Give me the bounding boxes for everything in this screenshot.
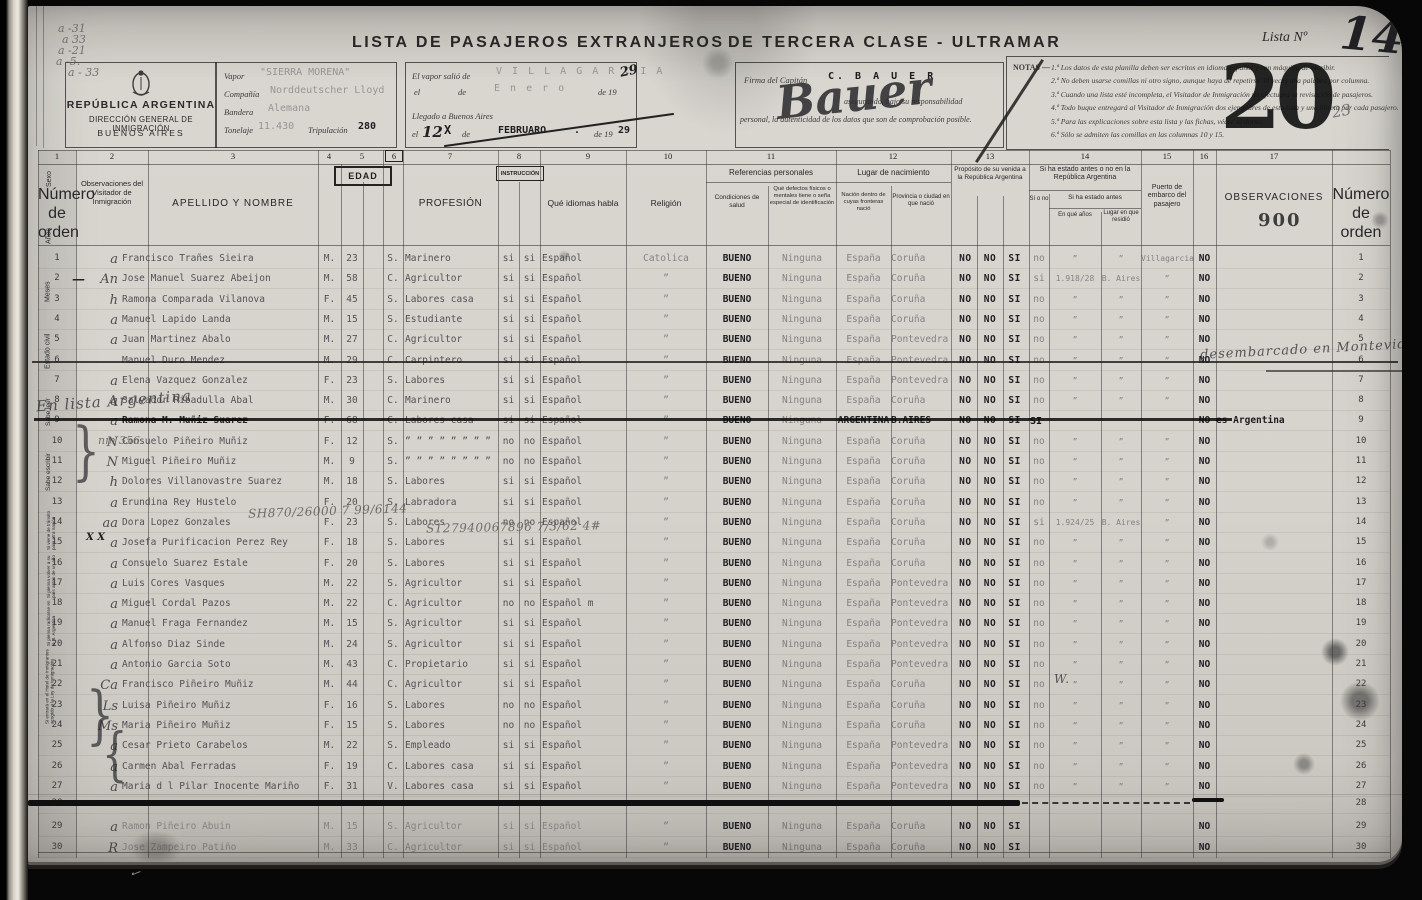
cell-age: 27	[341, 333, 363, 348]
cell-years-before: ”	[1049, 293, 1101, 308]
cell-writes: si	[519, 638, 540, 653]
cell-province: B.AIRES	[891, 414, 951, 429]
cell-health: BUENO	[706, 719, 768, 734]
cell-port: ”	[1141, 394, 1193, 409]
cell-purpose: NO NO SI	[951, 496, 1029, 511]
cell-civil-status: C.	[383, 658, 403, 673]
row-rule	[38, 309, 1390, 310]
cell-defects: Ninguna	[768, 333, 836, 348]
cell-purpose: NO NO SI	[951, 658, 1029, 673]
margin-note: a - 33	[68, 66, 99, 79]
row-rule	[38, 593, 1390, 594]
cell-purpose: NO NO SI	[951, 435, 1029, 450]
cell-religion: ”	[626, 516, 706, 531]
cell-defects: Ninguna	[768, 577, 836, 592]
table-row: 4aManuel Lapido LandaM.15S.Estudiantesis…	[38, 313, 1390, 330]
cell-health: BUENO	[706, 536, 768, 551]
cell-writes: si	[519, 496, 540, 511]
cell-visitador-mark: a	[74, 557, 118, 572]
cell-writes: si	[519, 414, 540, 429]
cell-been-before: no	[1029, 475, 1049, 490]
table-row: 1aFrancisco Trañes SieiraM.23S.Marineros…	[38, 252, 1390, 269]
cell-place-resided: ”	[1101, 313, 1141, 328]
cell-years-before: ”	[1049, 475, 1101, 490]
cell-purpose: NO NO SI	[951, 516, 1029, 531]
cell-age: 23	[341, 374, 363, 389]
cell-writes: si	[519, 820, 540, 835]
cell-purpose: NO NO SI	[951, 293, 1029, 308]
cell-purpose: NO NO SI	[951, 820, 1029, 835]
cell-nation: España	[836, 516, 891, 531]
cell-writes: si	[519, 536, 540, 551]
grid-line-horizontal	[706, 182, 836, 183]
cell-purpose: NO NO SI	[951, 617, 1029, 632]
cell-writes: si	[519, 577, 540, 592]
cell-reads: si	[498, 374, 519, 389]
column-number: 7	[438, 151, 462, 161]
cell-profession: Agricultor	[405, 820, 497, 835]
cell-nation: España	[836, 577, 891, 592]
cell-civil-status: C.	[383, 760, 403, 775]
cell-defects: Ninguna	[768, 414, 836, 429]
cell-nation: España	[836, 557, 891, 572]
cell-years-before: ”	[1049, 699, 1101, 714]
cell-defects: Ninguna	[768, 820, 836, 835]
cell-place-resided: ”	[1101, 577, 1141, 592]
cell-age: 22	[341, 577, 363, 592]
cell-order-number-right: 3	[1332, 293, 1390, 308]
cell-port: ”	[1141, 313, 1193, 328]
cell-civil-status: C.	[383, 333, 403, 348]
table-row: 24MsMaria Piñeiro MuñizF.15S.Laboresnono…	[38, 719, 1390, 736]
cell-purpose: NO NO SI	[951, 699, 1029, 714]
lleg-month: FEBRUARO	[498, 125, 546, 136]
table-row: 8aSalvador Ribadulla AbalM.30C.Marineros…	[38, 394, 1390, 411]
cell-health: BUENO	[706, 597, 768, 612]
cell-province: Coruña	[891, 252, 951, 267]
column-number: 3	[221, 151, 245, 161]
cell-years-before: ”	[1049, 394, 1101, 409]
cell-hotel: NO	[1193, 455, 1216, 470]
cell-hotel: NO	[1193, 638, 1216, 653]
cell-sex: F.	[318, 719, 341, 734]
cell-province: Coruña	[891, 557, 951, 572]
cell-civil-status: S.	[383, 557, 403, 572]
cell-order-number: 30	[38, 841, 76, 856]
cell-language: Español	[542, 496, 624, 511]
cell-reads: si	[498, 557, 519, 572]
cell-age: 45	[341, 293, 363, 308]
cell-sex: M.	[318, 658, 341, 673]
cell-order-number-right: 15	[1332, 536, 1390, 551]
cell-been-before: no	[1029, 658, 1049, 673]
cell-order-number-right: 18	[1332, 597, 1390, 612]
cell-place-resided: ”	[1101, 739, 1141, 754]
cell-profession: Agricultor	[405, 617, 497, 632]
cell-age: 16	[341, 699, 363, 714]
cell-language: Español	[542, 719, 624, 734]
cell-sex: M.	[318, 272, 341, 287]
salio-el: el	[414, 87, 420, 97]
cell-language: Español m	[542, 597, 624, 612]
cell-age: 23	[341, 516, 363, 531]
document-page: LISTA DE PASAJEROS EXTRANJEROS DE TERCER…	[28, 6, 1402, 862]
cell-health: BUENO	[706, 557, 768, 572]
ship-box: Vapor "SIERRA MORENA" Compañía Norddeuts…	[215, 62, 397, 148]
cell-language: Español	[542, 760, 624, 775]
cell-province: Coruña	[891, 293, 951, 308]
cell-years-before: ”	[1049, 374, 1101, 389]
cell-place-resided: ”	[1101, 496, 1141, 511]
cell-writes: no	[519, 435, 540, 450]
cell-place-resided: ”	[1101, 333, 1141, 348]
cell-sex: F.	[318, 780, 341, 795]
page-edge-line	[43, 6, 44, 148]
cell-name: Ramona M. Muñiz Suarez	[122, 414, 316, 429]
cell-profession: Labores	[405, 557, 497, 572]
cell-profession: Estudiante	[405, 313, 497, 328]
cell-sex: F.	[318, 557, 341, 572]
table-row: 10NConsuelo Piñeiro MuñizF.12S.” ” ” ” ”…	[38, 435, 1390, 452]
cell-writes: no	[519, 455, 540, 470]
cell-order-number-right: 11	[1332, 455, 1390, 470]
cell-nation: España	[836, 760, 891, 775]
cell-hotel: NO	[1193, 557, 1216, 572]
cell-order-number: 26	[38, 760, 76, 775]
cell-sex: F.	[318, 374, 341, 389]
row-rule	[38, 776, 1390, 777]
cell-hotel: NO	[1193, 414, 1216, 429]
compania-label: Compañía	[224, 89, 259, 99]
cell-order-number: 19	[38, 617, 76, 632]
cell-health: BUENO	[706, 313, 768, 328]
cell-profession: Agricultor	[405, 577, 497, 592]
cell-name: Carmen Abal Ferradas	[122, 760, 316, 775]
row-rule	[38, 654, 1390, 655]
cell-order-number-right: 7	[1332, 374, 1390, 389]
cell-age: 15	[341, 820, 363, 835]
cell-civil-status: C.	[383, 394, 403, 409]
cell-religion: ”	[626, 760, 706, 775]
cell-province: Coruña	[891, 678, 951, 693]
cell-province: Coruña	[891, 455, 951, 470]
cell-place-resided: ”	[1101, 252, 1141, 267]
cell-health: BUENO	[706, 435, 768, 450]
cell-civil-status: S.	[383, 719, 403, 734]
cell-religion: ”	[626, 658, 706, 673]
row-rule	[38, 491, 1390, 492]
cell-order-number-right: 25	[1332, 739, 1390, 754]
cell-language: Español	[542, 557, 624, 572]
cell-order-number-right: 2	[1332, 272, 1390, 287]
cell-order-number: 29	[38, 820, 76, 835]
cell-port: ”	[1141, 617, 1193, 632]
cell-religion: ”	[626, 496, 706, 511]
cell-religion: ”	[626, 739, 706, 754]
cell-order-number: 20	[38, 638, 76, 653]
cell-writes: si	[519, 333, 540, 348]
cell-purpose: NO NO SI	[951, 678, 1029, 693]
cell-place-resided: ”	[1101, 374, 1141, 389]
cell-been-before: no	[1029, 536, 1049, 551]
cell-port: ”	[1141, 536, 1193, 551]
cell-order-number: 12	[38, 475, 76, 490]
brace-rows-10-11: }	[72, 415, 100, 489]
cell-visitador-mark: a	[74, 820, 118, 835]
cell-province: Coruña	[891, 475, 951, 490]
cell-profession: Labores casa	[405, 780, 497, 795]
cell-visitador-mark: a	[74, 658, 118, 673]
cell-place-resided: ”	[1101, 455, 1141, 470]
row-rule	[38, 370, 1390, 371]
cell-name: Elena Vazquez Gonzalez	[122, 374, 316, 389]
cell-port: ”	[1141, 272, 1193, 287]
strike-row-28	[28, 800, 1020, 806]
cell-place-resided: ”	[1101, 638, 1141, 653]
cell-port: ”	[1141, 516, 1193, 531]
cell-sex: F.	[318, 293, 341, 308]
cell-province: Pontevedra	[891, 658, 951, 673]
cell-hotel: NO	[1193, 516, 1216, 531]
cell-port: ”	[1141, 577, 1193, 592]
cell-purpose: NO NO SI	[951, 841, 1029, 856]
lleg-dot: .	[574, 125, 580, 136]
cell-province: Pontevedra	[891, 597, 951, 612]
row-rule	[38, 694, 1390, 695]
org-city: BUENOS AIRES	[66, 128, 216, 138]
table-row: 3hRamona Comparada VilanovaF.45S.Labores…	[38, 293, 1390, 310]
cell-port: ”	[1141, 475, 1193, 490]
cell-age: 12	[341, 435, 363, 450]
cell-age: 30	[341, 394, 363, 409]
cell-years-before: ”	[1049, 617, 1101, 632]
cell-nation: España	[836, 475, 891, 490]
cell-order-number: 16	[38, 557, 76, 572]
strike-row-6	[32, 361, 1398, 363]
margin-dash: —	[72, 272, 85, 287]
cell-purpose: NO NO SI	[951, 597, 1029, 612]
book-spine-edge	[0, 0, 28, 900]
row-rule	[38, 674, 1390, 675]
cell-civil-status: S.	[383, 313, 403, 328]
table-row: 2AnJose Manuel Suarez AbeijonM.58C.Agric…	[38, 272, 1390, 289]
cell-profession: Empleado	[405, 739, 497, 754]
column-number: 10	[656, 151, 680, 161]
cell-port: ”	[1141, 455, 1193, 470]
column-number: 15	[1155, 151, 1179, 161]
cell-province: Coruña	[891, 820, 951, 835]
cell-reads: si	[498, 475, 519, 490]
cell-years-before: ”	[1049, 435, 1101, 450]
vapor-value: "SIERRA MORENA"	[260, 67, 350, 78]
cell-profession: Labores	[405, 719, 497, 734]
pencil-check-mark: ✓	[128, 865, 143, 882]
cell-health: BUENO	[706, 577, 768, 592]
cell-health: BUENO	[706, 617, 768, 632]
cell-hotel: NO	[1193, 313, 1216, 328]
scanner-background: { "page": { "title_left": "LISTA DE PASA…	[0, 0, 1422, 900]
cell-order-number: 24	[38, 719, 76, 734]
grid-line-horizontal	[38, 245, 1390, 246]
table-row: 26aCarmen Abal FerradasF.19C.Labores cas…	[38, 760, 1390, 777]
cell-order-number-right: 4	[1332, 313, 1390, 328]
cell-port: ”	[1141, 638, 1193, 653]
cell-purpose: NO NO SI	[951, 414, 1029, 429]
cell-language: Español	[542, 536, 624, 551]
header-provincia: Provincia o ciudad en que nació	[892, 194, 950, 208]
cell-religion: ”	[626, 333, 706, 348]
cell-purpose: NO NO SI	[951, 333, 1029, 348]
cell-name: Jose Manuel Suarez Abeijon	[122, 272, 316, 287]
cell-years-before: ”	[1049, 577, 1101, 592]
cell-name: Miguel Cordal Pazos	[122, 597, 316, 612]
header-idiomas: Qué idiomas habla	[540, 198, 626, 208]
cell-visitador-mark: a	[74, 333, 118, 348]
cell-health: BUENO	[706, 658, 768, 673]
cell-profession: ” ” ” ” ” ” ” ”	[405, 435, 497, 450]
cell-hotel: NO	[1193, 293, 1216, 308]
cell-hotel: NO	[1193, 496, 1216, 511]
cell-name: Cesar Prieto Carabelos	[122, 739, 316, 754]
header-estuvo-antes: Si ha estado antes	[1049, 194, 1141, 202]
cell-sex: M.	[318, 577, 341, 592]
cell-profession: Agricultor	[405, 272, 497, 287]
cell-reads: no	[498, 699, 519, 714]
cell-reads: si	[498, 678, 519, 693]
cell-writes: si	[519, 760, 540, 775]
cell-order-number: 3	[38, 293, 76, 308]
tripulacion-label: Tripulación	[308, 125, 348, 135]
cell-reads: si	[498, 293, 519, 308]
cell-religion: ”	[626, 719, 706, 734]
page-edge-line	[36, 6, 37, 146]
cell-health: BUENO	[706, 638, 768, 653]
cell-place-resided: ”	[1101, 617, 1141, 632]
cell-language: Español	[542, 577, 624, 592]
cell-province: Pontevedra	[891, 617, 951, 632]
cell-religion: ”	[626, 414, 706, 429]
cell-been-before: no	[1029, 435, 1049, 450]
table-row: 16aConsuelo Suarez EstaleF.20S.Laboressi…	[38, 557, 1390, 574]
grid-line-horizontal	[836, 182, 951, 183]
header-religion: Religión	[626, 198, 706, 208]
cell-visitador-mark: h	[74, 293, 118, 308]
cell-years-before: ”	[1049, 496, 1101, 511]
cell-name: Maria Piñeiro Muñiz	[122, 719, 316, 734]
cell-sex: M.	[318, 638, 341, 653]
cell-writes: si	[519, 293, 540, 308]
cell-defects: Ninguna	[768, 272, 836, 287]
lista-number-label: Lista Nº	[1262, 30, 1307, 46]
cell-language: Español	[542, 780, 624, 795]
cell-hotel: NO	[1193, 394, 1216, 409]
cell-been-before: no	[1029, 719, 1049, 734]
cell-sex: M.	[318, 394, 341, 409]
row-rule	[38, 813, 1390, 814]
cell-profession: Labores casa	[405, 293, 497, 308]
cell-province: Coruña	[891, 272, 951, 287]
cell-language: Español	[542, 435, 624, 450]
cell-civil-status: S.	[383, 638, 403, 653]
cell-nation: España	[836, 719, 891, 734]
cell-order-number-right: 30	[1332, 841, 1390, 856]
cell-years-before: 1.924/25	[1049, 516, 1101, 531]
cell-purpose: NO NO SI	[951, 536, 1029, 551]
table-row: 22CaFrancisco Piñeiro MuñizM.44C.Agricul…	[38, 678, 1390, 695]
cell-order-number: 10	[38, 435, 76, 450]
cell-sex: M.	[318, 617, 341, 632]
cell-order-number-right: 23	[1332, 699, 1390, 714]
column-number: 1	[45, 151, 69, 161]
cell-nation: España	[836, 739, 891, 754]
page-title-right: DE TERCERA CLASE - ULTRAMAR	[728, 34, 1061, 52]
cell-years-before: ”	[1049, 719, 1101, 734]
cell-reads: si	[498, 841, 519, 856]
cell-profession: Labores	[405, 475, 497, 490]
table-row: 21aAntonio Garcia SotoM.43C.Propietarios…	[38, 658, 1390, 675]
column-number: 16	[1192, 151, 1216, 161]
cell-profession: Labores	[405, 699, 497, 714]
table-row: 11NMiguel Piñeiro MuñizM.9S.” ” ” ” ” ” …	[38, 455, 1390, 472]
header-lugar-residio: Lugar en que residió	[1101, 210, 1141, 224]
cell-religion: ”	[626, 394, 706, 409]
cell-writes: si	[519, 780, 540, 795]
cell-been-before: no	[1029, 617, 1049, 632]
cell-health: BUENO	[706, 333, 768, 348]
cell-defects: Ninguna	[768, 739, 836, 754]
cell-language: Español	[542, 658, 624, 673]
cell-health: BUENO	[706, 496, 768, 511]
cell-defects: Ninguna	[768, 678, 836, 693]
cell-civil-status: S.	[383, 577, 403, 592]
cell-language: Español	[542, 293, 624, 308]
cell-nation: España	[836, 699, 891, 714]
cell-writes: si	[519, 557, 540, 572]
cell-sex: F.	[318, 699, 341, 714]
cell-reads: si	[498, 496, 519, 511]
cell-been-before: no	[1029, 394, 1049, 409]
cell-nation: España	[836, 293, 891, 308]
cell-age: 15	[341, 719, 363, 734]
cell-religion: ”	[626, 820, 706, 835]
cell-nation: España	[836, 272, 891, 287]
cell-profession: Propietario	[405, 658, 497, 673]
llegado-label: Llegado a Buenos Aires	[412, 111, 493, 121]
cell-years-before: ”	[1049, 739, 1101, 754]
cell-civil-status: S.	[383, 617, 403, 632]
cell-name: Alfonso Diaz Sinde	[122, 638, 316, 653]
cell-province: Coruña	[891, 699, 951, 714]
cell-port: ”	[1141, 597, 1193, 612]
cell-civil-status: S.	[383, 820, 403, 835]
cell-hotel: NO	[1193, 272, 1216, 287]
header-si-o-no: Sí o no	[1029, 196, 1049, 203]
crease-line	[28, 794, 1402, 795]
cell-hotel: NO	[1193, 678, 1216, 693]
cell-profession: Labradora	[405, 496, 497, 511]
cell-health: BUENO	[706, 516, 768, 531]
header-defectos: Qué defectos físicos o mentales tiene o …	[769, 186, 835, 206]
row-rule	[38, 329, 1390, 330]
header-lugar-nacimiento: Lugar de nacimiento	[836, 168, 951, 177]
cell-been-before: no	[1029, 739, 1049, 754]
cell-health: BUENO	[706, 272, 768, 287]
cell-name: Miguel Piñeiro Muñiz	[122, 455, 316, 470]
cell-writes: si	[519, 739, 540, 754]
cell-province: Pontevedra	[891, 577, 951, 592]
salio-de: de	[458, 87, 466, 97]
cell-reads: si	[498, 272, 519, 287]
